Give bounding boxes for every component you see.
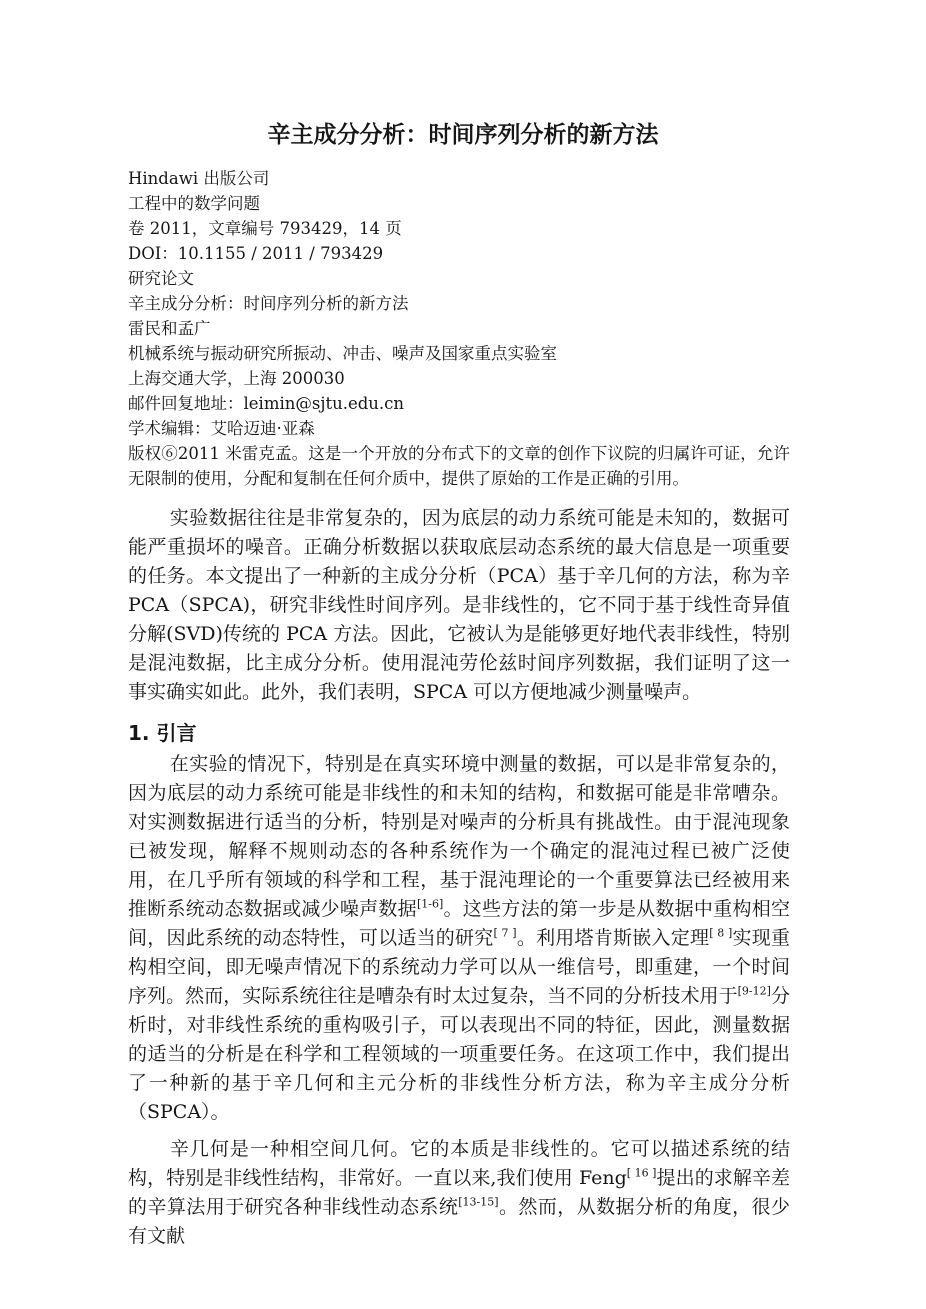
metadata-line: DOI：10.1155 / 2011 / 793429 <box>128 241 790 266</box>
citation-superscript: [9-12] <box>738 985 771 998</box>
metadata-line: 辛主成分分析：时间序列分析的新方法 <box>128 291 790 316</box>
document-page: 辛主成分分析：时间序列分析的新方法 Hindawi 出版公司工程中的数学问题卷 … <box>0 0 926 1309</box>
metadata-line: 机械系统与振动研究所振动、冲击、噪声及国家重点实验室 <box>128 341 790 366</box>
metadata-line: 版权⑥2011 米雷克孟。这是一个开放的分布式下的文章的创作下议院的归属许可证，… <box>128 441 790 491</box>
metadata-line: 雷民和孟广 <box>128 316 790 341</box>
introduction-paragraph-1: 在实验的情况下，特别是在真实环境中测量的数据，可以是非常复杂的，因为底层的动力系… <box>128 750 790 1127</box>
document-content: Hindawi 出版公司工程中的数学问题卷 2011，文章编号 793429，1… <box>128 166 790 1251</box>
citation-superscript: [ 7 ] <box>494 927 517 940</box>
metadata-line: 卷 2011，文章编号 793429，14 页 <box>128 216 790 241</box>
section-1-heading: 1. 引言 <box>128 721 790 745</box>
introduction-paragraph-2: 辛几何是一种相空间几何。它的本质是非线性的。它可以描述系统的结构，特别是非线性结… <box>128 1135 790 1251</box>
metadata-line: 研究论文 <box>128 266 790 291</box>
citation-superscript: [13-15] <box>458 1196 498 1209</box>
metadata-line: 学术编辑：艾哈迈迪·亚森 <box>128 416 790 441</box>
citation-superscript: [ 8 ] <box>709 927 732 940</box>
metadata-line: 邮件回复地址：leimin@sjtu.edu.cn <box>128 391 790 416</box>
document-title: 辛主成分分析：时间序列分析的新方法 <box>0 121 926 149</box>
citation-superscript: [1-6] <box>417 898 443 911</box>
abstract-paragraph: 实验数据往往是非常复杂的，因为底层的动力系统可能是未知的，数据可能严重损坏的噪音… <box>128 504 790 707</box>
citation-superscript: [ 16 ] <box>627 1167 657 1180</box>
metadata-line: Hindawi 出版公司 <box>128 166 790 191</box>
metadata-line: 上海交通大学，上海 200030 <box>128 366 790 391</box>
metadata-line: 工程中的数学问题 <box>128 191 790 216</box>
metadata-block: Hindawi 出版公司工程中的数学问题卷 2011，文章编号 793429，1… <box>128 166 790 491</box>
